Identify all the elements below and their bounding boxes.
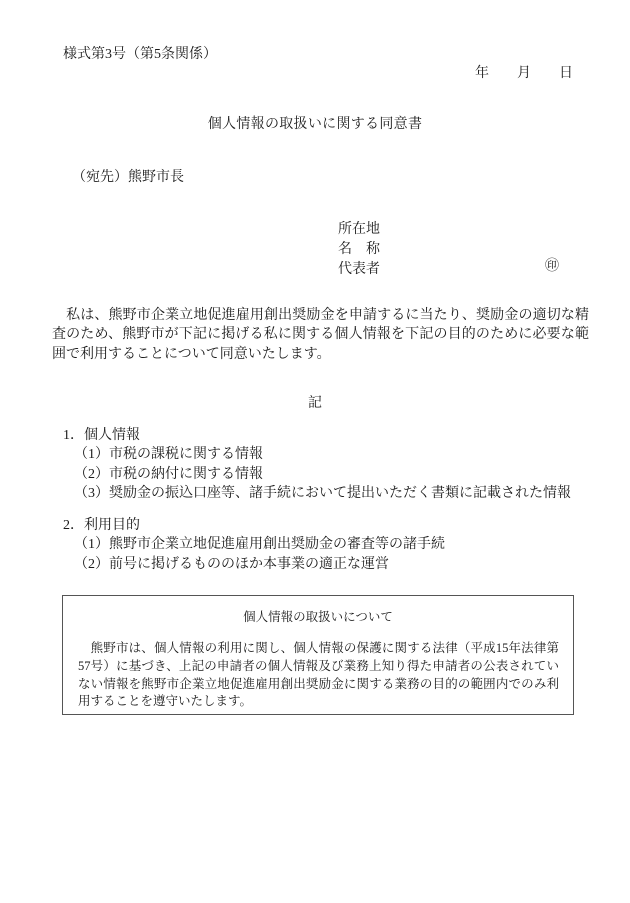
section-usage-purpose: 2．利用目的 （1）熊野市企業立地促進雇用創出奨励金の審査等の諸手続 （2）前号… bbox=[63, 516, 445, 574]
document-page: 様式第3号（第5条関係） 年 月 日 個人情報の取扱いに関する同意書 （宛先）熊… bbox=[0, 0, 630, 903]
form-number: 様式第3号（第5条関係） bbox=[63, 45, 217, 64]
notice-box: 個人情報の取扱いについて 熊野市は、個人情報の利用に関し、個人情報の保護に関する… bbox=[62, 595, 574, 715]
document-title: 個人情報の取扱いに関する同意書 bbox=[0, 115, 630, 134]
section-heading: 2．利用目的 bbox=[63, 516, 445, 535]
list-item: （1）市税の課税に関する情報 bbox=[74, 445, 571, 464]
ki-heading: 記 bbox=[0, 394, 630, 413]
date-line: 年 月 日 bbox=[475, 64, 573, 83]
list-item: （2）前号に掲げるもののほか本事業の適正な運営 bbox=[74, 555, 445, 574]
section-item-list: （1）市税の課税に関する情報 （2）市税の納付に関する情報 （3）奨励金の振込口… bbox=[74, 445, 571, 503]
consent-paragraph: 私は、熊野市企業立地促進雇用創出奨励金を申請するに当たり、奨励金の適切な精査のた… bbox=[52, 306, 589, 364]
seal-mark-icon: ㊞ bbox=[545, 257, 559, 276]
section-item-list: （1）熊野市企業立地促進雇用創出奨励金の審査等の諸手続 （2）前号に掲げるものの… bbox=[74, 535, 445, 574]
section-personal-info: 1．個人情報 （1）市税の課税に関する情報 （2）市税の納付に関する情報 （3）… bbox=[63, 426, 571, 503]
signer-representative-label: 代表者 bbox=[338, 260, 380, 280]
list-item: （1）熊野市企業立地促進雇用創出奨励金の審査等の諸手続 bbox=[74, 535, 445, 554]
list-item: （3）奨励金の振込口座等、諸手続において提出いただく書類に記載された情報 bbox=[74, 484, 571, 503]
list-item: （2）市税の納付に関する情報 bbox=[74, 465, 571, 484]
notice-box-body: 熊野市は、個人情報の利用に関し、個人情報の保護に関する法律（平成15年法律第57… bbox=[78, 640, 559, 711]
signer-name-label: 名 称 bbox=[338, 240, 380, 260]
notice-box-title: 個人情報の取扱いについて bbox=[63, 608, 573, 627]
addressee: （宛先）熊野市長 bbox=[72, 168, 184, 187]
section-heading: 1．個人情報 bbox=[63, 426, 571, 445]
signer-location-label: 所在地 bbox=[338, 220, 380, 240]
signer-block: 所在地 名 称 代表者 bbox=[338, 220, 380, 280]
